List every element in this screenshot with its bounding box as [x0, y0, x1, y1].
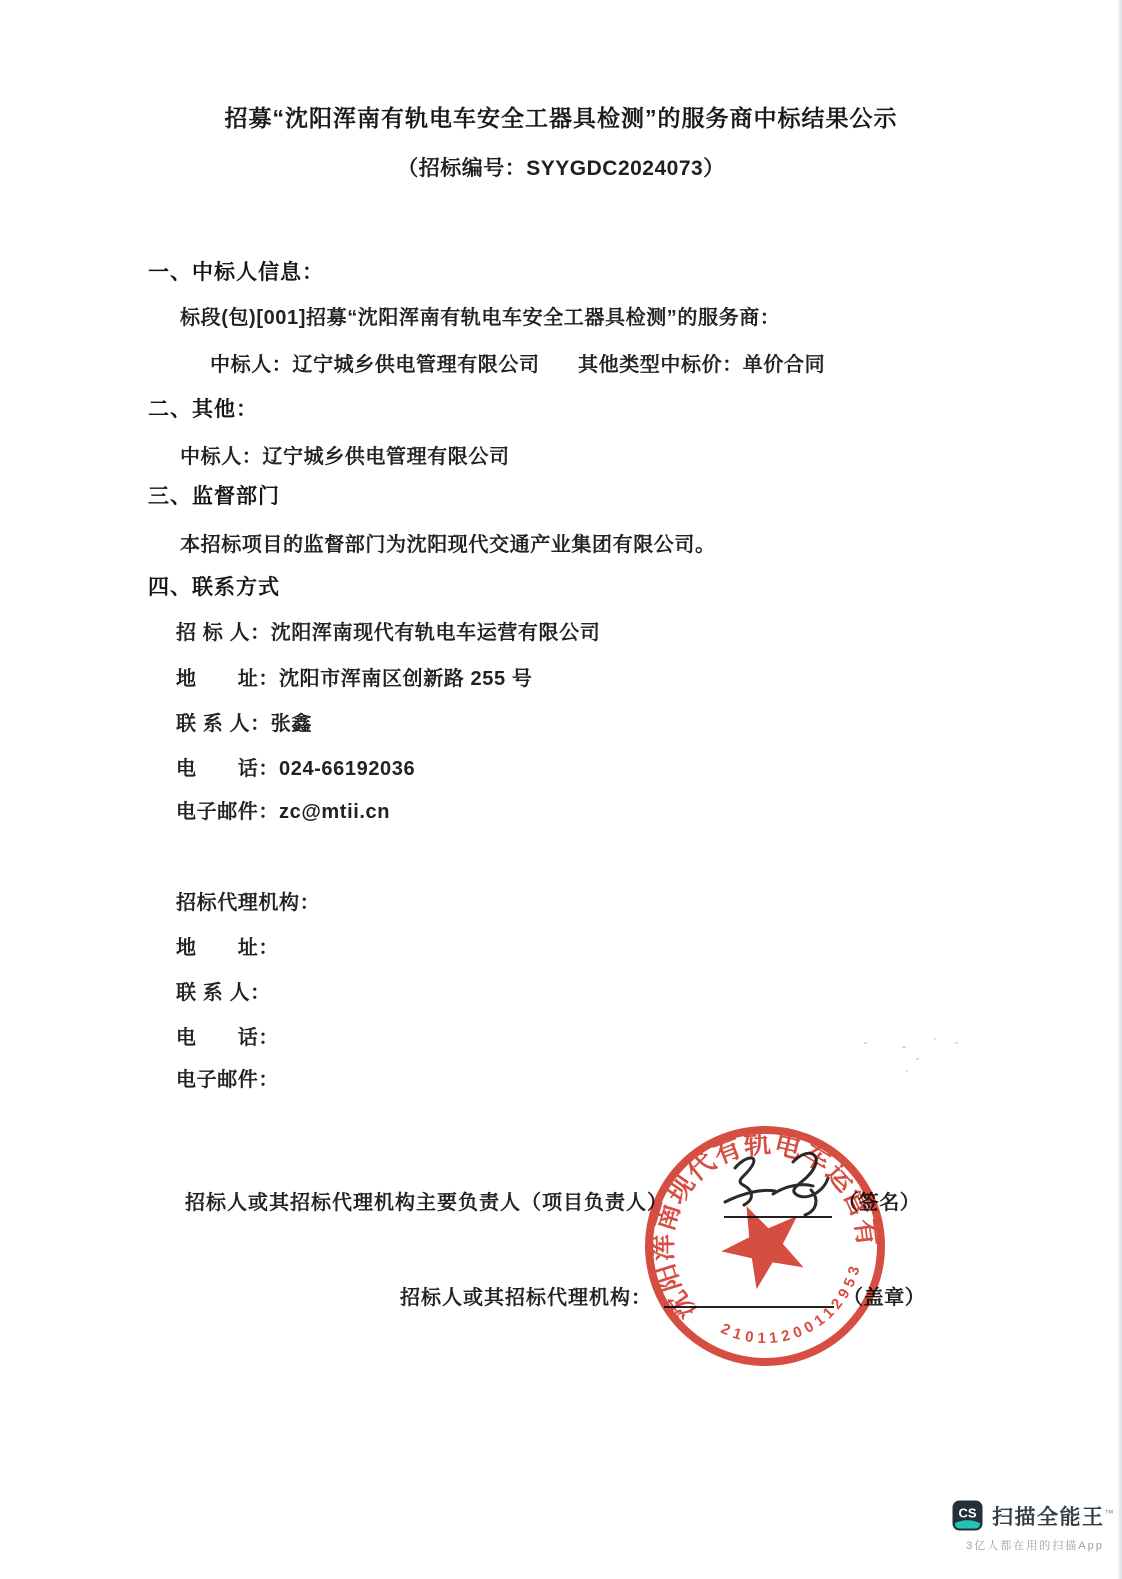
- scan-speckle: [902, 1046, 906, 1048]
- agency-address: 地 址：: [176, 931, 279, 960]
- contact-tenderer-label: 招 标 人：: [176, 622, 271, 644]
- bid-number: （招标编号：SYYGDC2024073）: [0, 152, 1122, 182]
- section-heading-contact: 四、联系方式: [148, 571, 280, 601]
- contact-phone: 电 话：024-66192036: [176, 752, 415, 781]
- scanner-watermark: CS 扫描全能王™ 3亿人都在用的扫描App: [952, 1500, 1118, 1553]
- contact-tenderer-value: 沈阳浑南现代有轨电车运营有限公司: [271, 622, 601, 644]
- scanner-tagline: 3亿人都在用的扫描App: [952, 1537, 1118, 1553]
- supervision-body: 本招标项目的监督部门为沈阳现代交通产业集团有限公司。: [180, 528, 716, 557]
- contact-address: 地 址：沈阳市浑南区创新路 255 号: [176, 662, 532, 691]
- camscanner-logo-icon: CS: [952, 1500, 983, 1531]
- agency-name-label: 招标代理机构：: [176, 892, 320, 914]
- agency-email-label: 电子邮件：: [176, 1069, 279, 1091]
- winner-name-repeat: 中标人：辽宁城乡供电管理有限公司: [180, 440, 510, 469]
- scan-speckle: [906, 1070, 908, 1072]
- section-heading-winner-info: 一、中标人信息：: [148, 256, 324, 286]
- contact-email-value: zc@mtii.cn: [279, 801, 390, 823]
- winner-name: 中标人：辽宁城乡供电管理有限公司: [210, 348, 540, 377]
- sign-line-prefix: 招标人或其招标代理机构主要负责人（项目负责人）: [185, 1186, 668, 1215]
- agency-phone: 电 话：: [176, 1021, 279, 1050]
- agency-address-label: 地 址：: [176, 937, 279, 959]
- scanned-document-page: 招募“沈阳浑南有轨电车安全工器具检测”的服务商中标结果公示 （招标编号：SYYG…: [0, 0, 1122, 1579]
- contact-phone-value: 024-66192036: [279, 758, 415, 780]
- agency-name: 招标代理机构：: [176, 886, 320, 915]
- camscanner-logo-text: CS: [958, 1506, 976, 1521]
- page-title: 招募“沈阳浑南有轨电车安全工器具检测”的服务商中标结果公示: [0, 100, 1122, 133]
- contact-email: 电子邮件：zc@mtii.cn: [176, 795, 390, 824]
- section-heading-other: 二、其他：: [148, 393, 258, 423]
- contact-phone-label: 电 话：: [176, 758, 279, 780]
- scan-speckle: [934, 1038, 936, 1040]
- price-type: 其他类型中标价：单价合同: [578, 348, 825, 377]
- contact-address-label: 地 址：: [176, 668, 279, 690]
- agency-email: 电子邮件：: [176, 1063, 279, 1092]
- handwritten-signature: [715, 1140, 855, 1225]
- contact-address-value: 沈阳市浑南区创新路 255 号: [279, 668, 532, 690]
- agency-person: 联 系 人：: [176, 976, 271, 1005]
- contact-person-value: 张鑫: [271, 713, 312, 735]
- scan-speckle: [916, 1058, 919, 1060]
- scan-speckle: [864, 1042, 867, 1044]
- lot-description: 标段(包)[001]招募“沈阳浑南有轨电车安全工器具检测”的服务商：: [180, 301, 780, 330]
- contact-tenderer: 招 标 人：沈阳浑南现代有轨电车运营有限公司: [176, 616, 600, 645]
- contact-person-label: 联 系 人：: [176, 713, 271, 735]
- scanner-app-name: 扫描全能王™: [992, 1501, 1115, 1531]
- contact-person: 联 系 人：张鑫: [176, 707, 312, 736]
- agency-person-label: 联 系 人：: [176, 982, 271, 1004]
- section-heading-supervision: 三、监督部门: [148, 480, 280, 510]
- scanner-app-name-text: 扫描全能王: [992, 1506, 1105, 1529]
- scan-edge-shadow: [1117, 0, 1122, 1579]
- scan-speckle: [955, 1042, 958, 1044]
- contact-email-label: 电子邮件：: [176, 801, 279, 823]
- trademark-symbol: ™: [1105, 1508, 1116, 1518]
- agency-phone-label: 电 话：: [176, 1027, 279, 1049]
